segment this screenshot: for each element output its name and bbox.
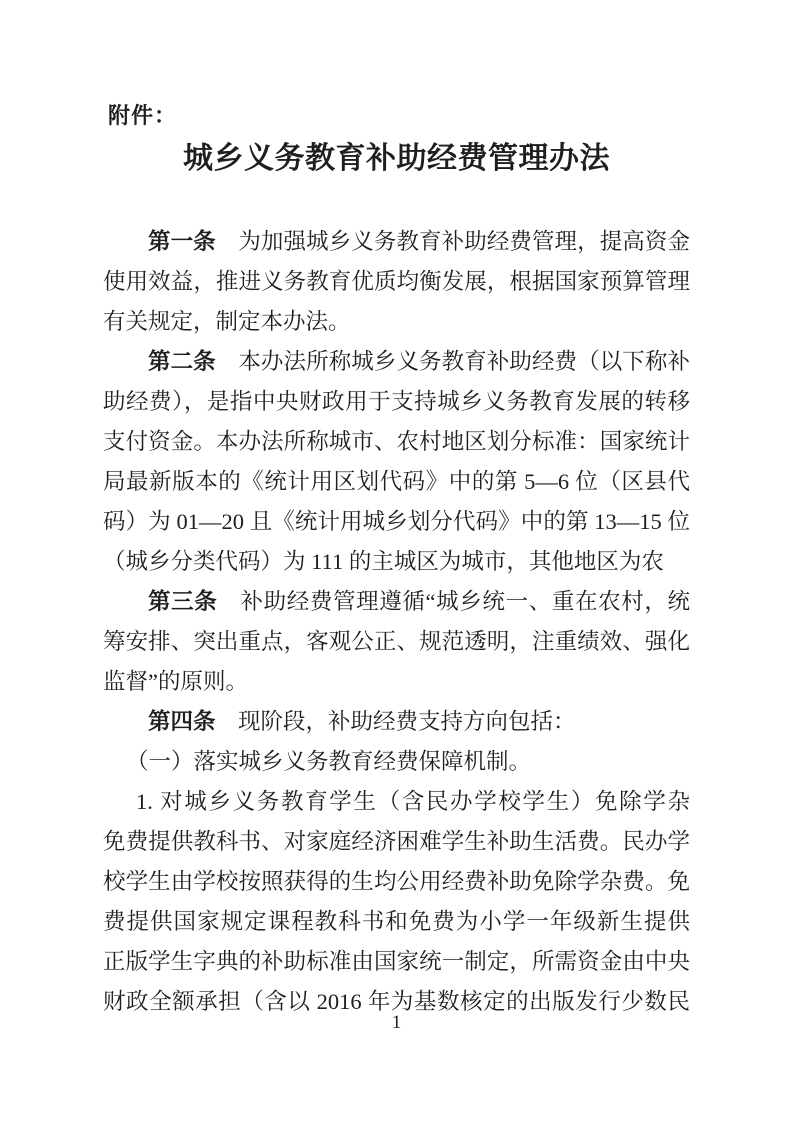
body-line: 正版学生字典的补助标准由国家统一制定，所需资金由中央 (103, 942, 690, 982)
body-line: 校学生由学校按照获得的生均公用经费补助免除学杂费。免 (103, 862, 690, 902)
article-term: 第四条 (148, 709, 216, 734)
line-text: 为加强城乡义务教育补助经费管理，提高资金 (216, 229, 690, 254)
body-line: 第一条 为加强城乡义务教育补助经费管理，提高资金 (103, 222, 690, 262)
attachment-label: 附件： (108, 99, 177, 130)
body-line: 助经费），是指中央财政用于支持城乡义务教育发展的转移 (103, 382, 690, 422)
body-line: 使用效益，推进义务教育优质均衡发展，根据国家预算管理 (103, 262, 690, 302)
line-text: 局最新版本的《统计用区划代码》中的第 5—6 位（区县代 (103, 469, 690, 494)
line-text: （城乡分类代码）为 111 的主城区为城市，其他地区为农村。 (103, 549, 664, 582)
body-line: 第四条 现阶段，补助经费支持方向包括： (103, 702, 690, 742)
line-text: 监督”的原则。 (103, 669, 248, 694)
body-line: 1. 对城乡义务教育学生（含民办学校学生）免除学杂费、 (103, 782, 690, 822)
line-text: 有关规定，制定本办法。 (103, 309, 351, 334)
line-text: 现阶段，补助经费支持方向包括： (216, 709, 576, 734)
line-text: 助经费），是指中央财政用于支持城乡义务教育发展的转移 (103, 389, 690, 414)
body-line: 局最新版本的《统计用区划代码》中的第 5—6 位（区县代 (103, 462, 690, 502)
line-text: 补助经费管理遵循“城乡统一、重在农村，统 (217, 589, 690, 614)
page-number: 1 (0, 1012, 793, 1034)
line-text: 财政全额承担（含以 2016 年为基数核定的出版发行少数民 (103, 989, 690, 1014)
body-line: 费提供国家规定课程教科书和免费为小学一年级新生提供 (103, 902, 690, 942)
line-text: 免费提供教科书、对家庭经济困难学生补助生活费。民办学 (103, 829, 690, 854)
body-line: （一）落实城乡义务教育经费保障机制。 (103, 742, 690, 782)
document-title: 城乡义务教育补助经费管理办法 (103, 133, 690, 177)
line-text: 使用效益，推进义务教育优质均衡发展，根据国家预算管理 (103, 269, 690, 294)
body-line: 第三条 补助经费管理遵循“城乡统一、重在农村，统 (103, 582, 690, 622)
document-body: 第一条 为加强城乡义务教育补助经费管理，提高资金 使用效益，推进义务教育优质均衡… (103, 222, 690, 1022)
line-text: （一）落实城乡义务教育经费保障机制。 (126, 749, 531, 774)
body-line: 免费提供教科书、对家庭经济困难学生补助生活费。民办学 (103, 822, 690, 862)
article-term: 第二条 (148, 349, 216, 374)
document-page: 附件： 城乡义务教育补助经费管理办法 第一条 为加强城乡义务教育补助经费管理，提… (0, 0, 793, 1122)
body-line: （城乡分类代码）为 111 的主城区为城市，其他地区为农村。 (103, 542, 690, 582)
line-text: 费提供国家规定课程教科书和免费为小学一年级新生提供 (103, 909, 690, 934)
line-text: 筹安排、突出重点，客观公正、规范透明，注重绩效、强化 (103, 629, 690, 654)
body-line: 第二条 本办法所称城乡义务教育补助经费（以下称补 (103, 342, 690, 382)
line-text: 本办法所称城乡义务教育补助经费（以下称补 (216, 349, 690, 374)
article-term: 第一条 (148, 229, 216, 254)
line-text: 1. 对城乡义务教育学生（含民办学校学生）免除学杂费、 (103, 789, 690, 822)
line-text: 正版学生字典的补助标准由国家统一制定，所需资金由中央 (103, 949, 690, 974)
line-text: 校学生由学校按照获得的生均公用经费补助免除学杂费。免 (103, 869, 690, 894)
line-text: 支付资金。本办法所称城市、农村地区划分标准：国家统计 (103, 429, 690, 454)
body-line: 筹安排、突出重点，客观公正、规范透明，注重绩效、强化 (103, 622, 690, 662)
body-line: 有关规定，制定本办法。 (103, 302, 690, 342)
article-term: 第三条 (148, 589, 217, 614)
body-line: 监督”的原则。 (103, 662, 690, 702)
line-text: 码）为 01—20 且《统计用城乡划分代码》中的第 13—15 位 (103, 509, 690, 534)
body-line: 支付资金。本办法所称城市、农村地区划分标准：国家统计 (103, 422, 690, 462)
body-line: 码）为 01—20 且《统计用城乡划分代码》中的第 13—15 位 (103, 502, 690, 542)
